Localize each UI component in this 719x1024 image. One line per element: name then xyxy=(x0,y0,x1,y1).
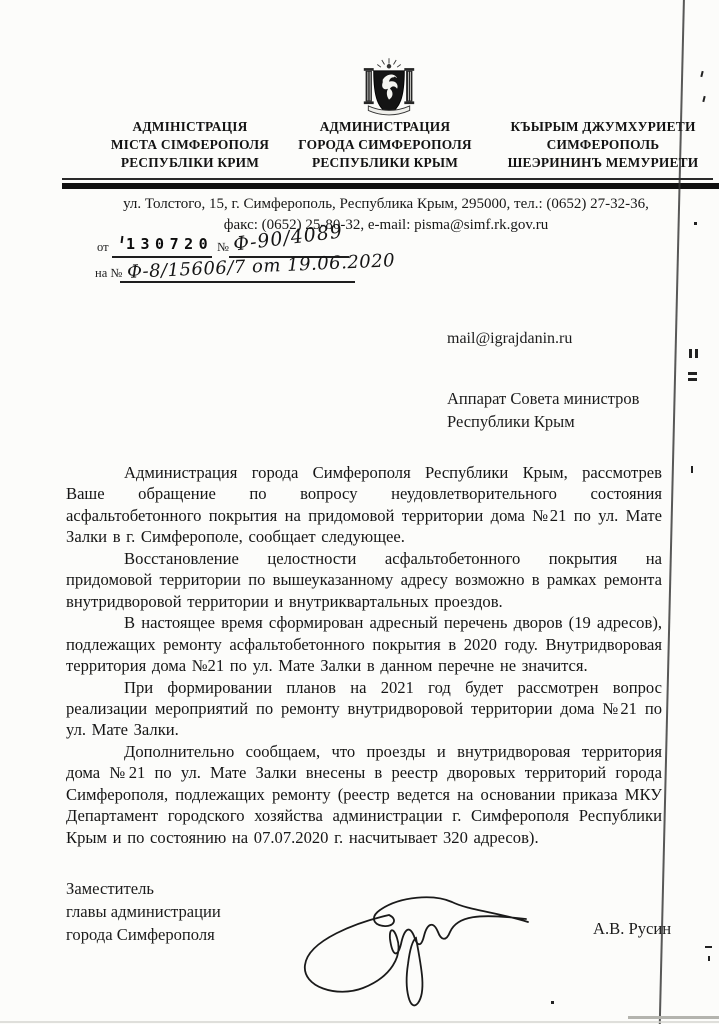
registration-date-stamp: 130720 xyxy=(126,235,213,253)
org-line: ШЕЭРИНИНЪ МЕМУРИЕТИ xyxy=(490,154,716,172)
org-contact-address: ул. Толстого, 15, г. Симферополь, Респуб… xyxy=(66,194,706,235)
address-line-1: ул. Толстого, 15, г. Симферополь, Респуб… xyxy=(66,194,706,215)
org-name-ukrainian: АДМІНІСТРАЦІЯ МІСТА СІМФЕРОПОЛЯ РЕСПУБЛІ… xyxy=(84,118,296,171)
letter-body: Администрация города Симферополя Республ… xyxy=(66,462,662,848)
org-line: РЕСПУБЛІКИ КРИМ xyxy=(84,154,296,172)
scan-speck xyxy=(694,222,697,225)
scan-speck xyxy=(700,71,703,77)
header-rule-thin xyxy=(62,178,713,180)
scan-speck xyxy=(702,96,705,102)
addressee-line-2: Республики Крым xyxy=(447,411,639,434)
recipient-addressee: Аппарат Совета министров Республики Крым xyxy=(447,388,639,433)
body-paragraph: При формировании планов на 2021 год буде… xyxy=(66,677,662,741)
body-paragraph: Дополнительно сообщаем, что проезды и вн… xyxy=(66,741,662,848)
signer-position-line: города Симферополя xyxy=(66,923,221,946)
reply-to-label: на № xyxy=(95,266,122,281)
org-line: СИМФЕРОПОЛЬ xyxy=(490,136,716,154)
scan-speck xyxy=(708,956,710,961)
addressee-line-1: Аппарат Совета министров xyxy=(447,388,639,411)
recipient-email: mail@igrajdanin.ru xyxy=(447,330,572,348)
scan-speck xyxy=(691,466,693,473)
org-name-russian: АДМИНИСТРАЦИЯ ГОРОДА СИМФЕРОПОЛЯ РЕСПУБЛ… xyxy=(281,118,489,171)
scan-speck xyxy=(705,946,712,948)
body-paragraph: В настоящее время сформирован адресный п… xyxy=(66,612,662,676)
org-name-crimean-tatar: КЪЫРЫМ ДЖУМХУРИЕТИ СИМФЕРОПОЛЬ ШЕЭРИНИНЪ… xyxy=(490,118,716,171)
address-line-2: факс: (0652) 25-80-32, e-mail: pisma@sim… xyxy=(66,215,706,236)
handwritten-signature xyxy=(296,886,546,1018)
body-paragraph: Восстановление целостности асфальтобетон… xyxy=(66,548,662,612)
signer-position: Заместитель главы администрации города С… xyxy=(66,877,221,947)
org-line: АДМІНІСТРАЦІЯ xyxy=(84,118,296,136)
body-paragraph: Администрация города Симферополя Республ… xyxy=(66,462,662,548)
stamp-noise-mark xyxy=(121,236,124,243)
signer-position-line: главы администрации xyxy=(66,900,221,923)
scan-speck xyxy=(689,349,692,358)
org-line: ГОРОДА СИМФЕРОПОЛЯ xyxy=(281,136,489,154)
header-rule-thick xyxy=(62,183,719,189)
scan-speck xyxy=(688,372,697,375)
org-line: РЕСПУБЛИКИ КРЫМ xyxy=(281,154,489,172)
org-line: АДМИНИСТРАЦИЯ xyxy=(281,118,489,136)
scan-speck xyxy=(688,378,697,381)
from-date-label: от xyxy=(97,240,109,255)
scan-speck xyxy=(695,349,698,358)
reply-underline xyxy=(120,281,355,283)
signer-position-line: Заместитель xyxy=(66,877,221,900)
scanned-letter-page: АДМІНІСТРАЦІЯ МІСТА СІМФЕРОПОЛЯ РЕСПУБЛІ… xyxy=(0,0,719,1024)
org-line: МІСТА СІМФЕРОПОЛЯ xyxy=(84,136,296,154)
scan-corner-shadow xyxy=(628,1016,719,1019)
signer-name: А.В. Русин xyxy=(593,919,671,939)
crimea-coat-of-arms-icon xyxy=(362,56,416,118)
org-line: КЪЫРЫМ ДЖУМХУРИЕТИ xyxy=(490,118,716,136)
scan-bottom-edge xyxy=(0,1021,719,1023)
number-label: № xyxy=(217,240,229,255)
date-underline xyxy=(112,256,212,258)
scan-speck xyxy=(551,1001,554,1004)
